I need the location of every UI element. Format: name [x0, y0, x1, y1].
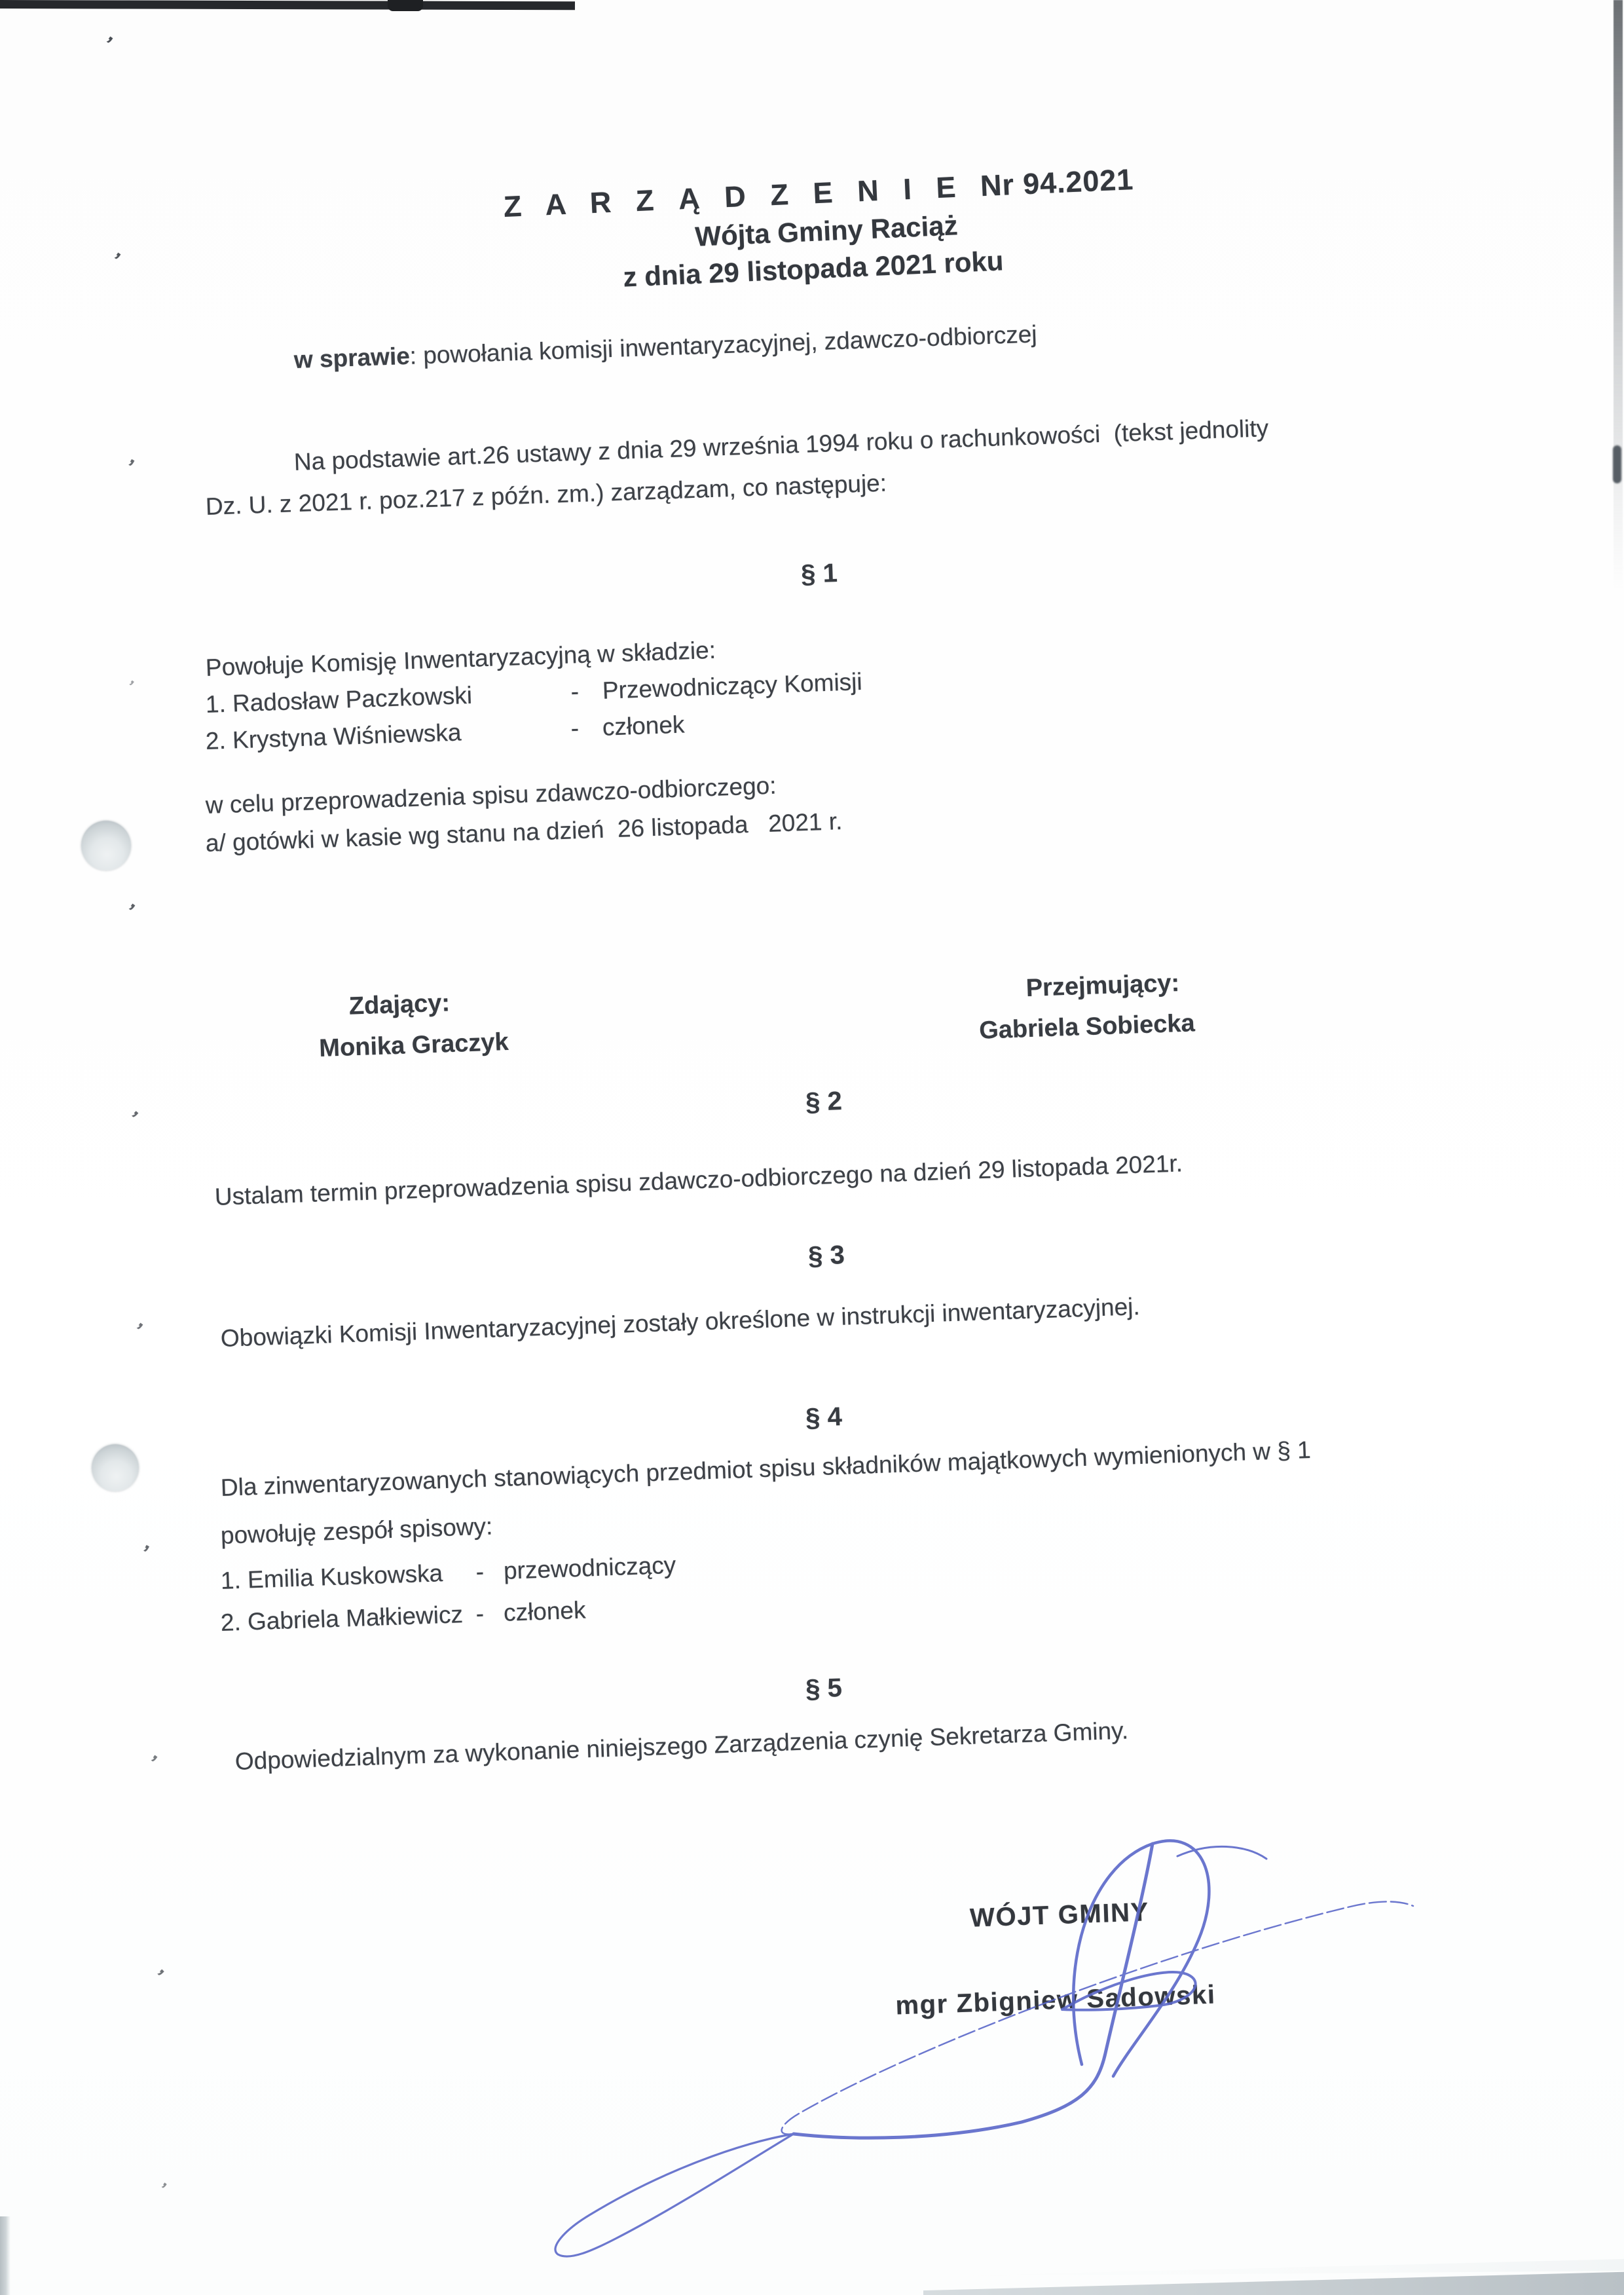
member-name: 2. Gabriela Małkiewicz — [220, 1599, 476, 1637]
member-name: 1. Emilia Kuskowska — [220, 1558, 476, 1595]
hole-punch-mark — [81, 821, 131, 870]
scan-bottom-left-edge-artifact — [0, 2216, 10, 2295]
section-5-heading: § 5 — [496, 1662, 1151, 1716]
margin-artifact-mark: ʼ — [119, 899, 139, 924]
section-3-text: Obowiązki Komisji Inwentaryzacyjnej zost… — [220, 1292, 1140, 1353]
margin-artifact-mark: ʼ — [120, 455, 138, 480]
title-spacer — [963, 169, 981, 203]
member-name: 2. Krystyna Wiśniewska — [205, 715, 571, 756]
team-member-row: 1. Emilia Kuskowska-przewodniczący — [220, 1551, 676, 1596]
margin-artifact-mark: ʼ — [146, 1965, 168, 1987]
handover-left-label: Zdający: — [235, 984, 563, 1026]
member-dash: - — [475, 1599, 485, 1629]
member-role: członek — [602, 710, 685, 742]
member-role: przewodniczący — [503, 1551, 676, 1586]
margin-artifact-mark: ʼ — [96, 32, 117, 56]
signature-ink — [511, 1808, 1467, 2279]
section-2-text: Ustalam termin przeprowadzenia spisu zda… — [214, 1149, 1183, 1212]
margin-artifact-mark: ʼ — [135, 1540, 153, 1566]
margin-artifact-mark: ʼ — [141, 1751, 161, 1775]
scan-top-edge-bump-artifact — [388, 0, 423, 11]
committee-member-row: 2. Krystyna Wiśniewska-członek — [205, 710, 685, 756]
margin-artifact-mark: ʼ — [104, 248, 124, 272]
subject-label: w sprawie — [293, 343, 410, 373]
section-4-line1: Dla zinwentaryzowanych stanowiących prze… — [220, 1436, 1311, 1502]
team-member-row: 2. Gabriela Małkiewicz-członek — [220, 1596, 586, 1638]
scan-right-edge-blob-artifact — [1613, 445, 1621, 483]
scan-right-edge-streak-artifact — [1614, 0, 1623, 589]
margin-artifact-mark: ʼ — [126, 1318, 147, 1343]
member-role: członek — [503, 1596, 586, 1628]
handover-left-name: Monika Graczyk — [249, 1025, 578, 1066]
handover-right-name: Gabriela Sobiecka — [923, 1007, 1251, 1048]
section-4-line2: powołuję zespół spisowy: — [220, 1512, 493, 1551]
margin-artifact-mark: ʼ — [120, 1107, 142, 1130]
subject-text: : powołania komisji inwentaryzacyjnej, z… — [409, 320, 1037, 369]
section-1-heading: § 1 — [491, 547, 1147, 601]
member-role: Przewodniczący Komisji — [602, 667, 862, 705]
section-3-heading: § 3 — [498, 1229, 1154, 1283]
scan-top-edge-artifact — [0, 0, 575, 10]
margin-artifact-mark: ʼ — [122, 677, 138, 696]
scanned-ordinance-page: ʼ ʼ ʼ ʼ ʼ ʼ ʼ ʼ ʼ ʼ ʼ Z A R Z Ą D Z E N … — [0, 0, 1624, 2295]
subject-line: w sprawie: powołania komisji inwentaryza… — [293, 320, 1037, 375]
section-4-heading: § 4 — [496, 1390, 1151, 1445]
handover-right-label: Przejmujący: — [938, 965, 1266, 1007]
legal-basis-line1: Na podstawie art.26 ustawy z dnia 29 wrz… — [293, 414, 1269, 477]
title-number: Nr 94.2021 — [980, 162, 1134, 202]
member-name: 1. Radosław Paczkowski — [205, 678, 571, 720]
margin-artifact-mark: ʼ — [153, 2179, 170, 2199]
member-dash: - — [570, 714, 580, 743]
member-dash: - — [475, 1558, 485, 1587]
legal-basis-line2: Dz. U. z 2021 r. poz.217 z późn. zm.) za… — [205, 469, 887, 522]
section-5-text: Odpowiedzialnym za wykonanie niniejszego… — [234, 1716, 1129, 1776]
member-dash: - — [570, 677, 580, 707]
section-2-heading: § 2 — [496, 1075, 1151, 1129]
hole-punch-mark — [92, 1444, 139, 1491]
